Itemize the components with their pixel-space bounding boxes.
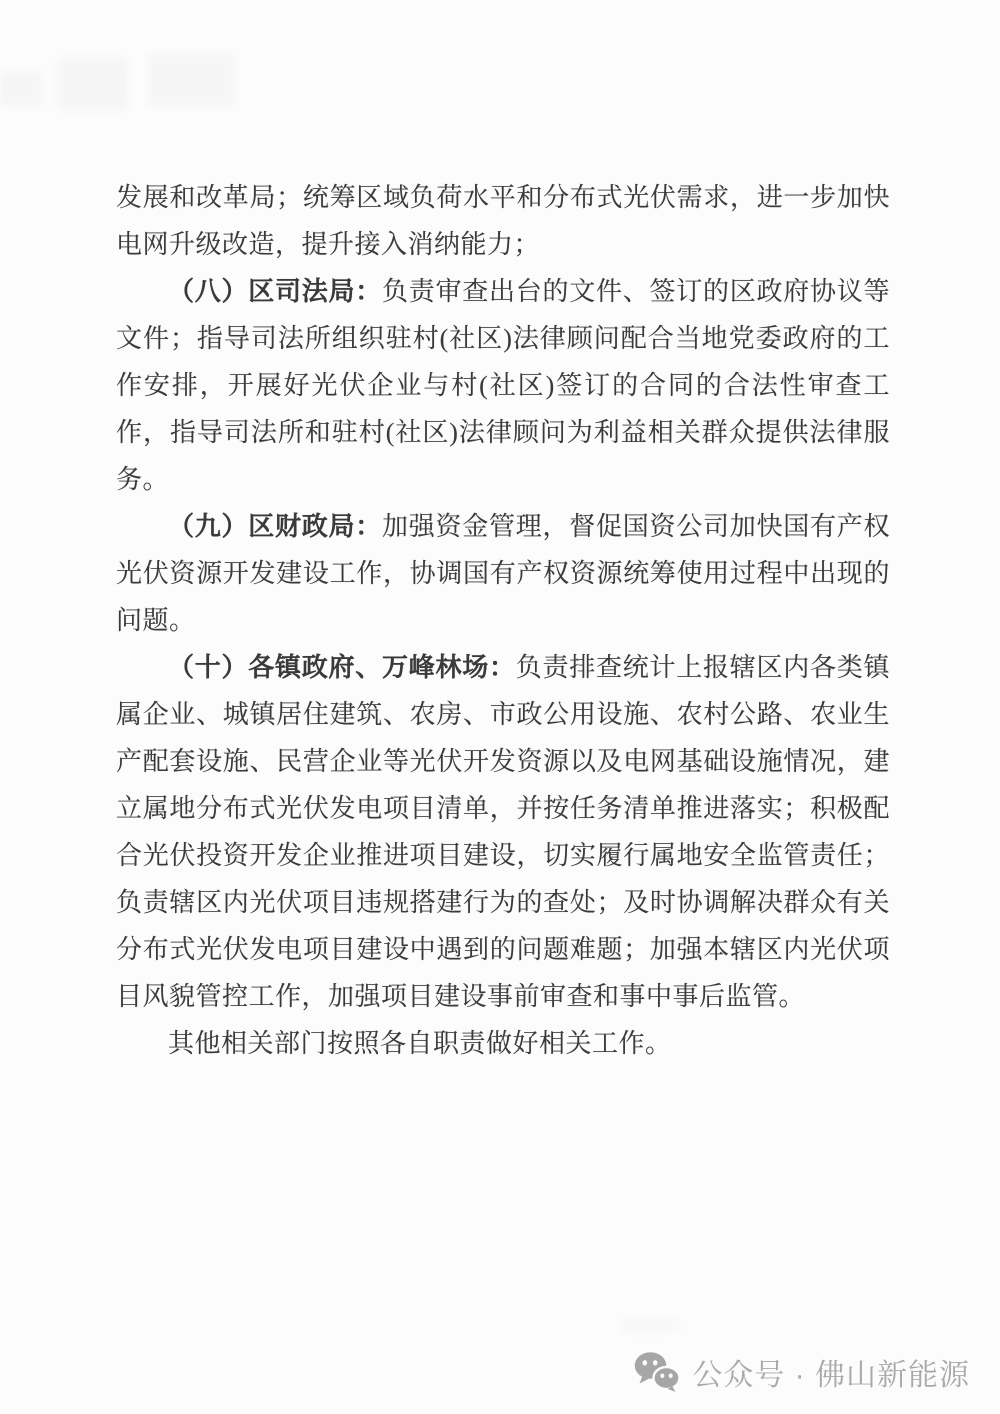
paragraph-text: 负责排查统计上报辖区内各类镇属企业、城镇居住建筑、农房、市政公用设施、农村公路、…: [116, 653, 890, 1011]
paragraph: （九）区财政局：加强资金管理，督促国资公司加快国有产权光伏资源开发建设工作，协调…: [116, 503, 890, 644]
paragraph-text: 发展和改革局；统筹区域负荷水平和分布式光伏需求，进一步加快电网升级改造，提升接入…: [116, 183, 890, 259]
paragraph: （八）区司法局：负责审查出台的文件、签订的区政府协议等文件；指导司法所组织驻村(…: [116, 268, 890, 503]
paragraph-heading: （十）各镇政府、万峰林场：: [168, 653, 516, 682]
wechat-footer: 公众号 · 佛山新能源: [634, 1350, 970, 1394]
document-page: 发展和改革局；统筹区域负荷水平和分布式光伏需求，进一步加快电网升级改造，提升接入…: [0, 0, 1000, 1414]
paragraph-heading: （九）区财政局：: [168, 512, 382, 541]
wechat-icon: [634, 1352, 680, 1392]
paragraph: 发展和改革局；统筹区域负荷水平和分布式光伏需求，进一步加快电网升级改造，提升接入…: [116, 174, 890, 268]
bleedthrough-smudge: [58, 58, 128, 110]
wechat-account-label: 公众号 · 佛山新能源: [692, 1350, 970, 1394]
paragraph-text: 负责审查出台的文件、签订的区政府协议等文件；指导司法所组织驻村(社区)法律顾问配…: [116, 277, 890, 494]
bleedthrough-smudge: [148, 54, 234, 106]
bleedthrough-smudge: [0, 72, 42, 106]
bleedthrough-smudge: [620, 1318, 680, 1332]
paragraph-text: 其他相关部门按照各自职责做好相关工作。: [168, 1029, 672, 1058]
paragraph-heading: （八）区司法局：: [168, 277, 382, 306]
paragraph: 其他相关部门按照各自职责做好相关工作。: [116, 1020, 890, 1067]
paragraph: （十）各镇政府、万峰林场：负责排查统计上报辖区内各类镇属企业、城镇居住建筑、农房…: [116, 644, 890, 1020]
document-body: 发展和改革局；统筹区域负荷水平和分布式光伏需求，进一步加快电网升级改造，提升接入…: [116, 174, 890, 1067]
